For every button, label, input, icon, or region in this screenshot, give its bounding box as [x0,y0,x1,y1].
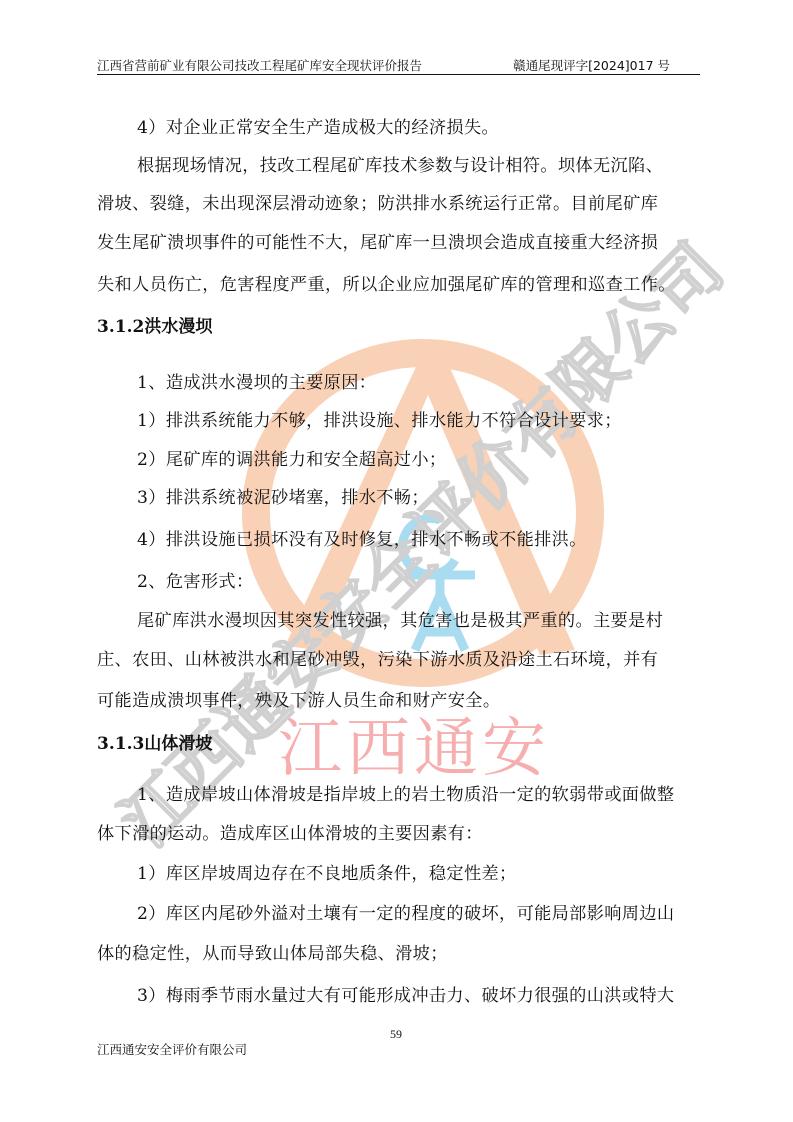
page-number: 59 [390,1027,402,1042]
report-title: 江西省营前矿业有限公司技改工程尾矿库安全现状评价报告 [97,56,422,74]
footer-company: 江西通安安全评价有限公司 [97,1040,247,1058]
paragraph-line: 可能造成溃坝事件，殃及下游人员生命和财产安全。 [97,686,500,711]
document-number: 赣通尾现评字[2024]017 号 [513,56,670,74]
paragraph-line: 1）库区岸坡周边存在不良地质条件，稳定性差； [137,859,517,884]
paragraph-line: 2、危害形式： [137,567,254,592]
paragraph-line: 尾矿库洪水漫坝因其突发性较强，其危害也是极其严重的。主要是村 [137,606,663,631]
paragraph-line: 4）对企业正常安全生产造成极大的经济损失。 [137,113,499,138]
paragraph-line: 2）尾矿库的调洪能力和安全超高过小； [137,445,446,470]
paragraph-line: 3）梅雨季节雨水量过大有可能形成冲击力、破坏力很强的山洪或特大 [137,981,674,1006]
section-heading: 3.1.3山体滑坡 [97,729,212,754]
paragraph-line: 4）排洪设施已损坏没有及时修复，排水不畅或不能排洪。 [137,525,587,550]
paragraph-line: 庄、农田、山林被洪水和尾砂冲毁，污染下游水质及沿途土石环境，并有 [97,645,658,670]
paragraph-line: 1、造成岸坡山体滑坡是指岸坡上的岩土物质沿一定的软弱带或面做整 [137,780,674,805]
paragraph-line: 滑坡、裂缝，未出现深层滑动迹象；防洪排水系统运行正常。目前尾矿库 [97,189,658,214]
paragraph-line: 2）库区内尾砂外溢对土壤有一定的程度的破坏，可能局部影响周边山 [137,899,674,924]
paragraph-line: 发生尾矿溃坝事件的可能性不大，尾矿库一旦溃坝会造成直接重大经济损 [97,228,658,253]
paragraph-line: 3）排洪系统被泥砂堵塞，排水不畅； [137,483,429,508]
paragraph-line: 体的稳定性，从而导致山体局部失稳、滑坡； [97,939,448,964]
paragraph-line: 体下滑的运动。造成库区山体滑坡的主要因素有： [97,819,483,844]
section-heading: 3.1.2洪水漫坝 [97,312,212,337]
document-page: 江西通安 江西通安安全评价有限公司 江西省营前矿业有限公司技改工程尾矿库安全现状… [0,0,793,1122]
watermark-red-text: 江西通安 [278,712,550,786]
paragraph-line: 1、造成洪水漫坝的主要原因： [137,368,376,393]
paragraph-line: 失和人员伤亡，危害程度严重，所以企业应加强尾矿库的管理和巡查工作。 [97,270,676,295]
paragraph-line: 1）排洪系统能力不够，排洪设施、排水能力不符合设计要求； [137,406,622,431]
page-header: 江西省营前矿业有限公司技改工程尾矿库安全现状评价报告 赣通尾现评字[2024]0… [97,56,700,75]
paragraph-line: 根据现场情况，技改工程尾矿库技术参数与设计相符。坝体无沉陷、 [137,151,663,176]
